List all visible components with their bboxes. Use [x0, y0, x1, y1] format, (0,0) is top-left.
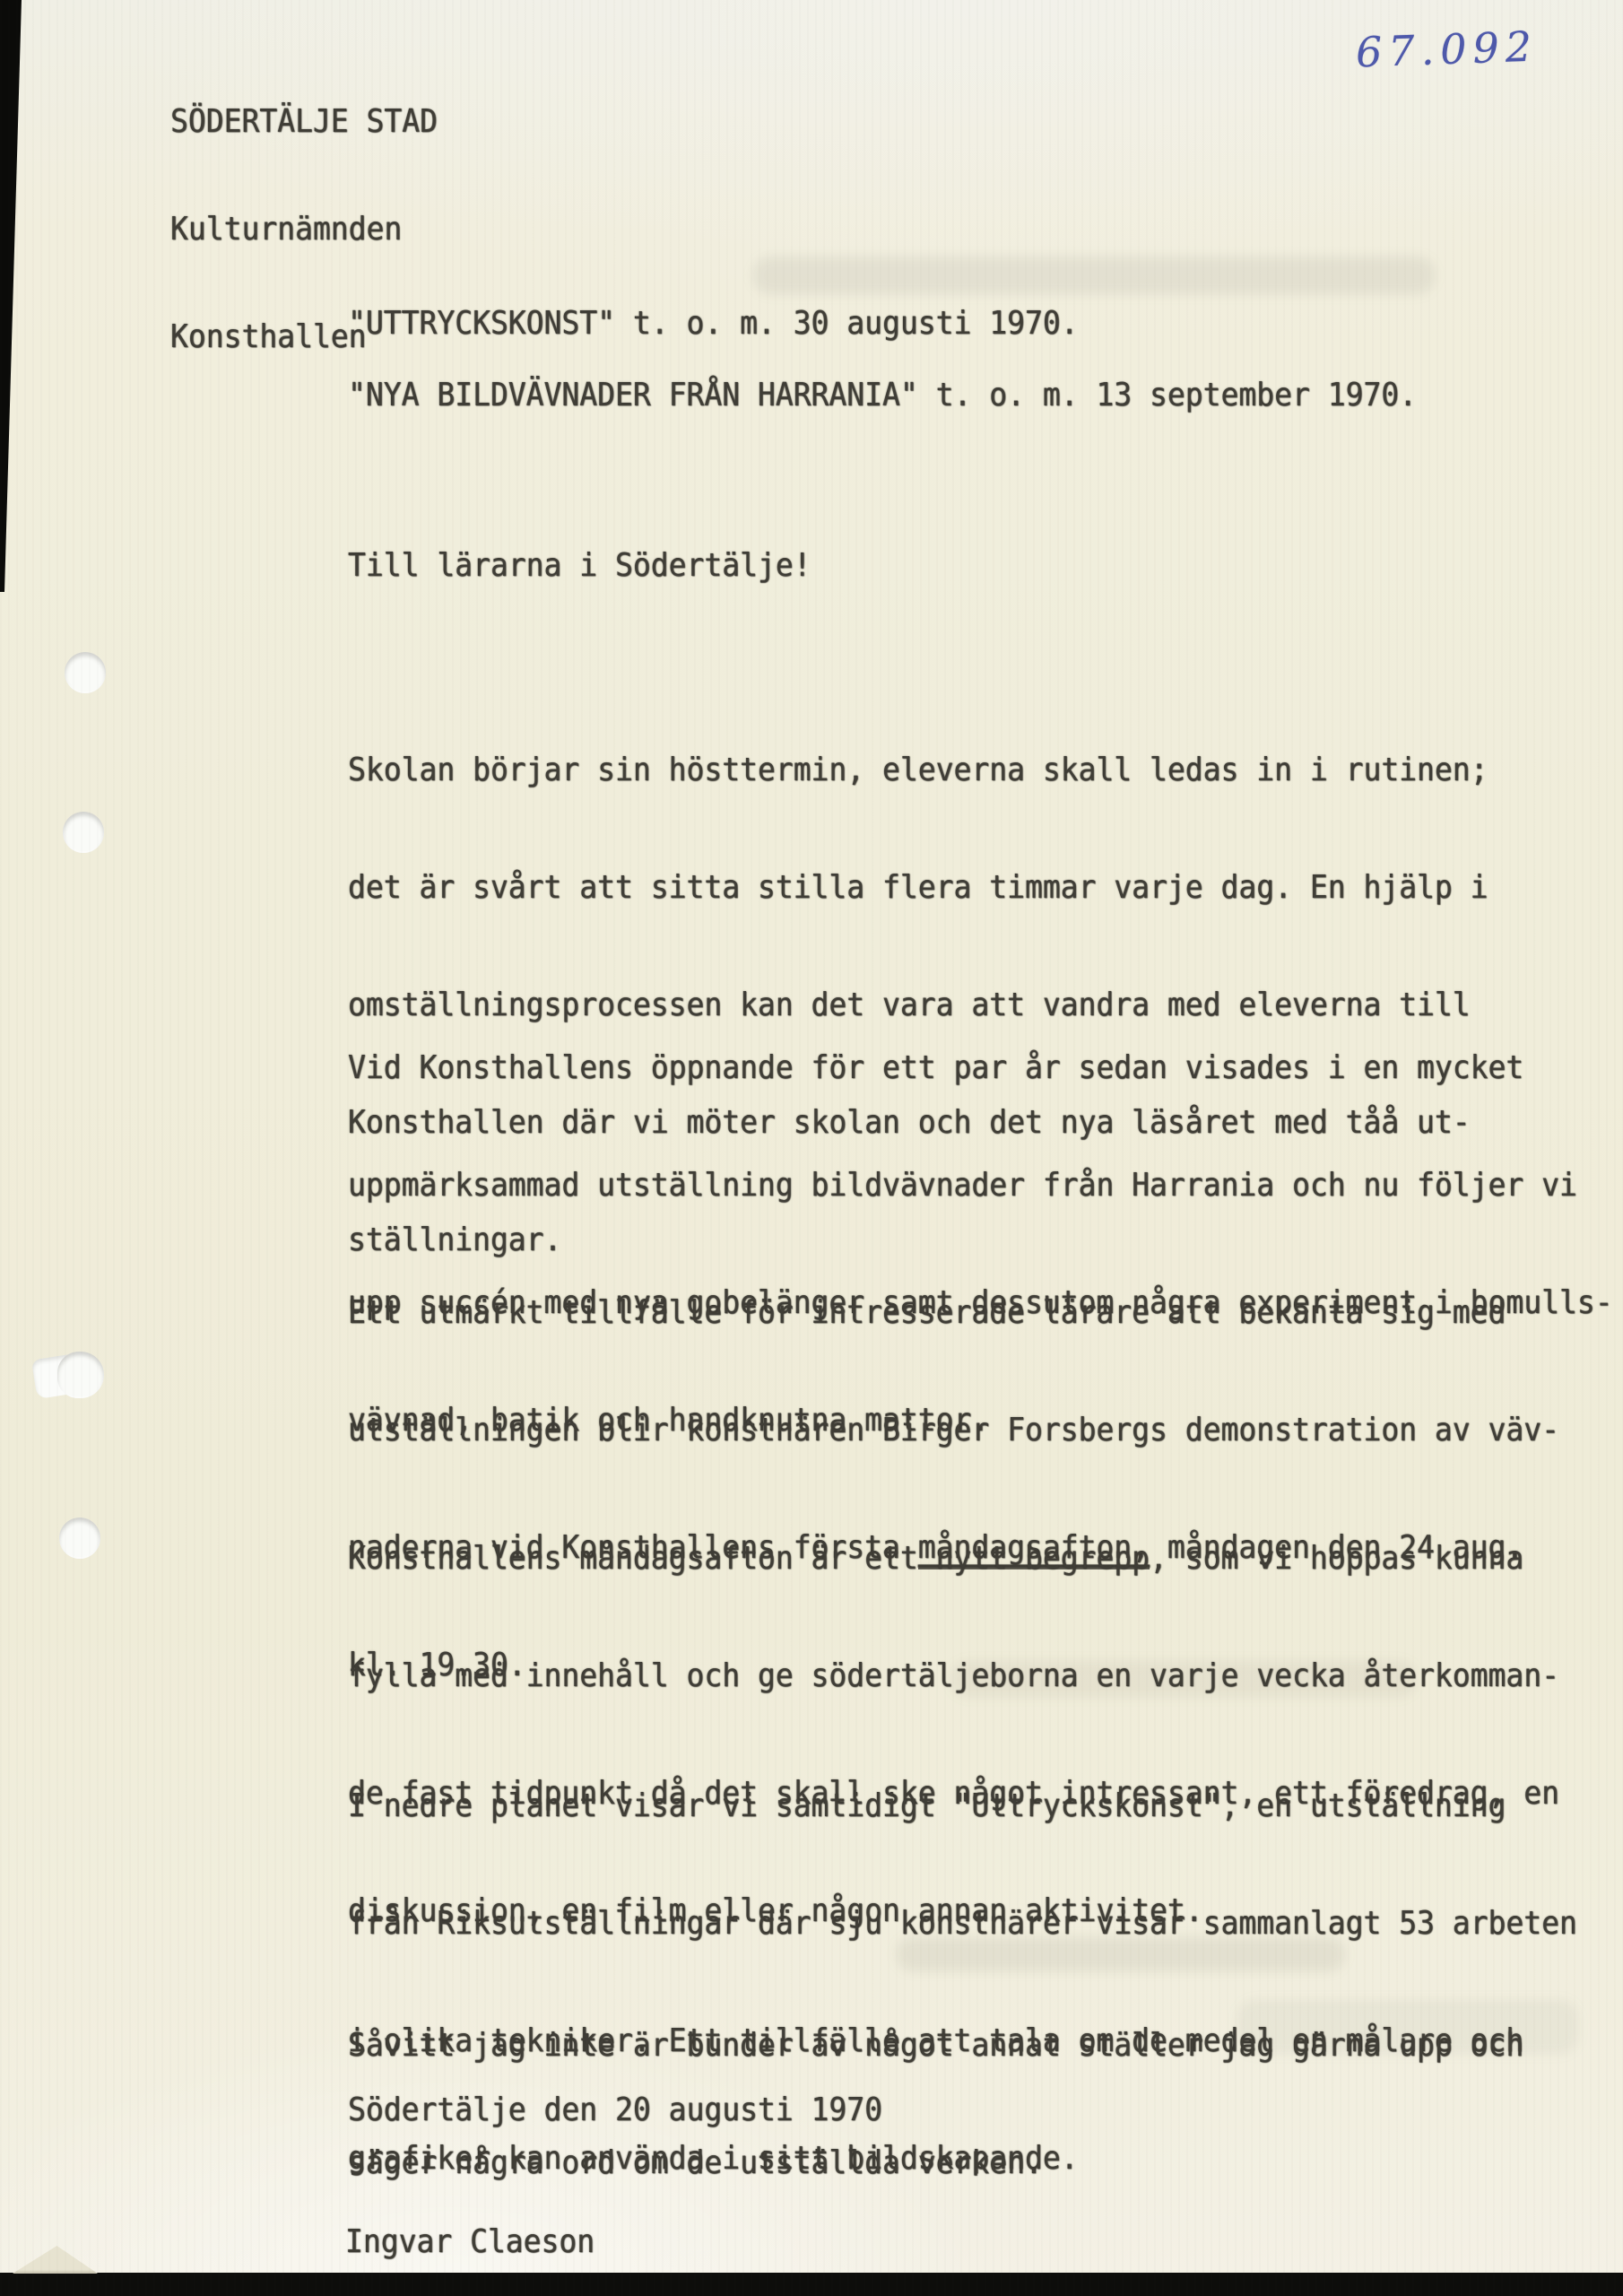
handwritten-ref-number: 67.092 [1355, 22, 1539, 76]
punch-hole-2 [63, 812, 104, 853]
p5-line-2: från Riksutställningar där sju konstnäre… [348, 1897, 1577, 1948]
scan-edge-bottom [0, 2273, 1623, 2296]
exhibition-line-2: "NYA BILDVÄVNADER FRÅN HARRANIA" t. o. m… [348, 369, 1417, 420]
punch-hole-1 [65, 652, 106, 693]
p4-line-1: Konsthallens måndagsafton är ett nytt be… [348, 1532, 1559, 1583]
p3-line-2: utställningen blir konstnären Birger For… [348, 1404, 1559, 1455]
punch-hole-3 [57, 1352, 104, 1398]
p3-line-1: Ett utmärkt tillfälle för intresserade l… [348, 1286, 1559, 1337]
scan-edge-top-left [0, 0, 23, 592]
p1-line-2: det är svårt att sitta stilla flera timm… [348, 861, 1488, 912]
p4-line-2: fylla med innehåll och ge södertäljeborn… [348, 1649, 1559, 1700]
letterhead-org: SÖDERTÄLJE STAD [170, 100, 438, 141]
punch-hole-4 [59, 1518, 100, 1559]
letterhead: SÖDERTÄLJE STAD Kulturnämnden Konsthalle… [170, 32, 438, 425]
signature-name: Ingvar Claeson [345, 2215, 595, 2266]
salutation: Till lärarna i Södertälje! [348, 539, 811, 590]
p1-line-1: Skolan börjar sin hösttermin, eleverna s… [348, 744, 1488, 795]
p2-line-1: Vid Konsthallens öppnande för ett par år… [348, 1041, 1613, 1092]
letterhead-committee: Kulturnämnden [170, 208, 438, 248]
dateline: Södertälje den 20 augusti 1970 [348, 2083, 882, 2135]
p5-line-1: I nedre planet visar vi samtidigt "Uttry… [348, 1779, 1577, 1831]
p2-line-2: uppmärksammad utställning bildvävnader f… [348, 1159, 1613, 1210]
scanned-letter-page: SÖDERTÄLJE STAD Kulturnämnden Konsthalle… [0, 0, 1623, 2296]
exhibition-line-1: "UTTRYCKSKONST" t. o. m. 30 augusti 1970… [348, 297, 1079, 348]
p6-line-1: Såvitt jag inte är bunder av något annat… [348, 2019, 1523, 2070]
ghost-smudge-1 [753, 257, 1435, 294]
p6-line-2: säger några ord om de utställda verken. [348, 2136, 1523, 2187]
folded-corner-bottom-left [13, 2246, 98, 2274]
